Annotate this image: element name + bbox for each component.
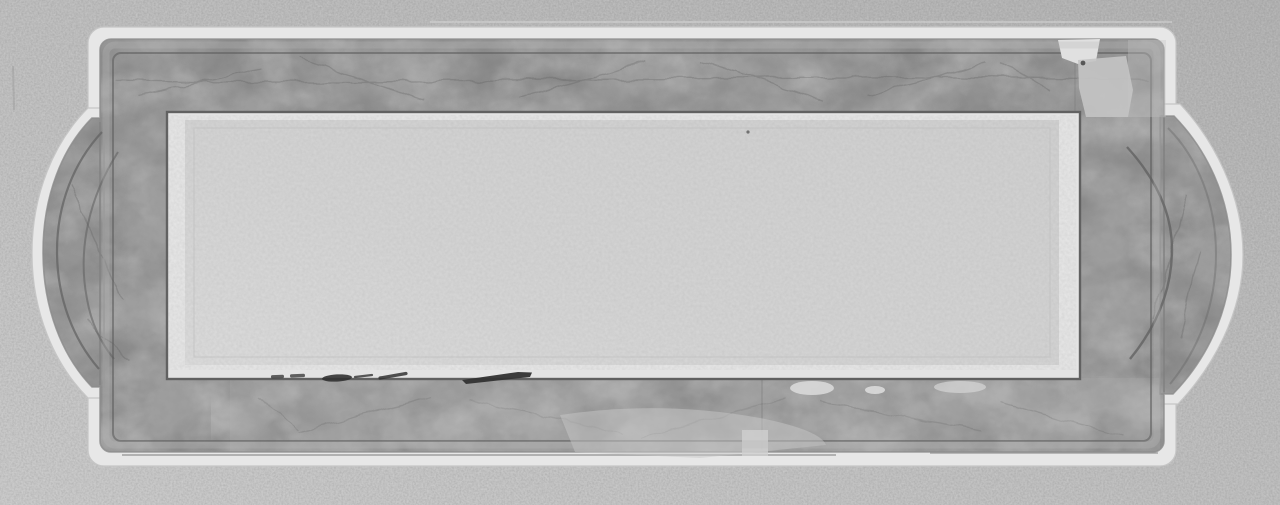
chip-speck-dark bbox=[1081, 61, 1086, 66]
damage-mark bbox=[271, 375, 284, 379]
chip-patch-top-right bbox=[1078, 56, 1133, 117]
chip-spot bbox=[934, 381, 986, 393]
wall-scratch bbox=[13, 66, 14, 110]
marble-frame-photo-svg bbox=[0, 0, 1280, 505]
artifact-photo bbox=[0, 0, 1280, 505]
panel-grain bbox=[185, 120, 1059, 365]
panel-speck bbox=[746, 130, 749, 133]
center-panel bbox=[185, 120, 1059, 365]
chip-spot bbox=[865, 386, 885, 394]
chip-spot bbox=[790, 381, 834, 395]
damage-mark bbox=[290, 374, 305, 378]
